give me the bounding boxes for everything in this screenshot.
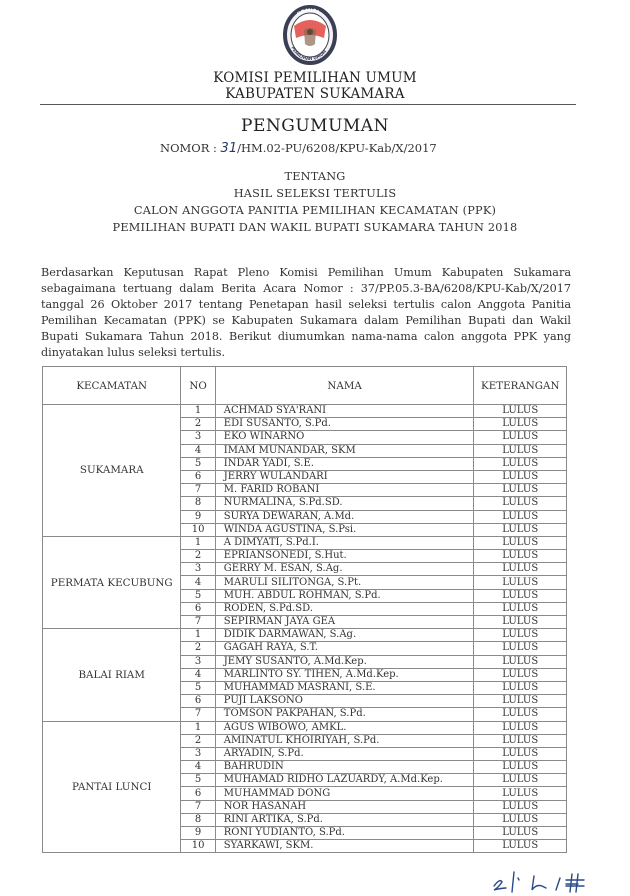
nama-cell: JERRY WULANDARI (215, 470, 474, 483)
keterangan-cell: LULUS (474, 813, 567, 826)
nama-cell: MARULI SILITONGA, S.Pt. (215, 576, 474, 589)
nama-cell: MUHAMMAD MASRANI, S.E. (215, 681, 474, 694)
results-table: KECAMATAN NO NAMA KETERANGAN SUKAMARA1AC… (42, 366, 567, 853)
document-number: NOMOR : 31/HM.02-PU/6208/KPU-Kab/X/2017 (160, 141, 437, 156)
keterangan-cell: LULUS (474, 655, 567, 668)
nama-cell: DIDIK DARMAWAN, S.Ag. (215, 629, 474, 642)
nama-cell: M. FARID ROBANI (215, 484, 474, 497)
no-cell: 4 (181, 576, 215, 589)
org-region: KABUPATEN SUKAMARA (0, 86, 630, 102)
nama-cell: A DIMYATI, S.Pd.I. (215, 536, 474, 549)
no-cell: 3 (181, 747, 215, 760)
keterangan-cell: LULUS (474, 787, 567, 800)
no-cell: 8 (181, 813, 215, 826)
nama-cell: MARLINTO SY. TIHEN, A.Md.Kep. (215, 668, 474, 681)
no-cell: 2 (181, 642, 215, 655)
subject-line-1: HASIL SELEKSI TERTULIS (0, 187, 630, 200)
nama-cell: MUH. ABDUL ROHMAN, S.Pd. (215, 589, 474, 602)
keterangan-cell: LULUS (474, 563, 567, 576)
table-row: PANTAI LUNCI1AGUS WIBOWO, AMKL.LULUS (43, 721, 567, 734)
nama-cell: ACHMAD SYA'RANI (215, 405, 474, 418)
keterangan-cell: LULUS (474, 576, 567, 589)
no-cell: 6 (181, 787, 215, 800)
handwritten-initials-icon (490, 866, 600, 894)
nama-cell: SYARKAWI, SKM. (215, 840, 474, 853)
header-kecamatan: KECAMATAN (43, 367, 181, 405)
no-cell: 3 (181, 563, 215, 576)
keterangan-cell: LULUS (474, 602, 567, 615)
no-cell: 10 (181, 523, 215, 536)
nama-cell: EDI SUSANTO, S.Pd. (215, 418, 474, 431)
keterangan-cell: LULUS (474, 721, 567, 734)
no-cell: 8 (181, 497, 215, 510)
nomor-handwritten: 31 (221, 141, 238, 156)
table-body: SUKAMARA1ACHMAD SYA'RANILULUS2EDI SUSANT… (43, 405, 567, 853)
keterangan-cell: LULUS (474, 523, 567, 536)
no-cell: 5 (181, 589, 215, 602)
keterangan-cell: LULUS (474, 457, 567, 470)
keterangan-cell: LULUS (474, 827, 567, 840)
nama-cell: RONI YUDIANTO, S.Pd. (215, 827, 474, 840)
keterangan-cell: LULUS (474, 629, 567, 642)
table-row: PERMATA KECUBUNG1A DIMYATI, S.Pd.I.LULUS (43, 536, 567, 549)
keterangan-cell: LULUS (474, 695, 567, 708)
nama-cell: AMINATUL KHOIRIYAH, S.Pd. (215, 734, 474, 747)
nama-cell: EKO WINARNO (215, 431, 474, 444)
nama-cell: RODEN, S.Pd.SD. (215, 602, 474, 615)
keterangan-cell: LULUS (474, 774, 567, 787)
keterangan-cell: LULUS (474, 470, 567, 483)
nama-cell: RINI ARTIKA, S.Pd. (215, 813, 474, 826)
no-cell: 2 (181, 550, 215, 563)
no-cell: 6 (181, 695, 215, 708)
nama-cell: MUHAMAD RIDHO LAZUARDY, A.Md.Kep. (215, 774, 474, 787)
header-keterangan: KETERANGAN (474, 367, 567, 405)
kecamatan-cell: SUKAMARA (43, 405, 181, 537)
keterangan-cell: LULUS (474, 405, 567, 418)
keterangan-cell: LULUS (474, 708, 567, 721)
no-cell: 4 (181, 444, 215, 457)
keterangan-cell: LULUS (474, 444, 567, 457)
nama-cell: NOR HASANAH (215, 800, 474, 813)
nama-cell: EPRIANSONEDI, S.Hut. (215, 550, 474, 563)
keterangan-cell: LULUS (474, 761, 567, 774)
keterangan-cell: LULUS (474, 589, 567, 602)
nama-cell: GERRY M. ESAN, S.Ag. (215, 563, 474, 576)
keterangan-cell: LULUS (474, 418, 567, 431)
subject-line-2: CALON ANGGOTA PANITIA PEMILIHAN KECAMATA… (0, 204, 630, 217)
table-header-row: KECAMATAN NO NAMA KETERANGAN (43, 367, 567, 405)
header-divider (40, 104, 576, 105)
no-cell: 1 (181, 721, 215, 734)
keterangan-cell: LULUS (474, 484, 567, 497)
no-cell: 7 (181, 484, 215, 497)
no-cell: 6 (181, 602, 215, 615)
body-paragraph: Berdasarkan Keputusan Rapat Pleno Komisi… (41, 265, 571, 361)
no-cell: 7 (181, 708, 215, 721)
kecamatan-cell: BALAI RIAM (43, 629, 181, 721)
keterangan-cell: LULUS (474, 550, 567, 563)
org-name: KOMISI PEMILIHAN UMUM (0, 70, 630, 86)
keterangan-cell: LULUS (474, 734, 567, 747)
keterangan-cell: LULUS (474, 431, 567, 444)
table-row: BALAI RIAM1DIDIK DARMAWAN, S.Ag.LULUS (43, 629, 567, 642)
no-cell: 7 (181, 616, 215, 629)
nama-cell: SURYA DEWARAN, A.Md. (215, 510, 474, 523)
kecamatan-cell: PANTAI LUNCI (43, 721, 181, 853)
no-cell: 3 (181, 431, 215, 444)
document-title: PENGUMUMAN (0, 116, 630, 136)
keterangan-cell: LULUS (474, 642, 567, 655)
nomor-label: NOMOR : (160, 141, 221, 155)
kecamatan-cell: PERMATA KECUBUNG (43, 536, 181, 628)
subject-line-3: PEMILIHAN BUPATI DAN WAKIL BUPATI SUKAMA… (0, 221, 630, 234)
no-cell: 4 (181, 761, 215, 774)
no-cell: 3 (181, 655, 215, 668)
keterangan-cell: LULUS (474, 747, 567, 760)
no-cell: 1 (181, 629, 215, 642)
nama-cell: IMAM MUNANDAR, SKM (215, 444, 474, 457)
no-cell: 1 (181, 536, 215, 549)
nama-cell: INDAR YADI, S.E. (215, 457, 474, 470)
keterangan-cell: LULUS (474, 800, 567, 813)
no-cell: 7 (181, 800, 215, 813)
nama-cell: PUJI LAKSONO (215, 695, 474, 708)
keterangan-cell: LULUS (474, 616, 567, 629)
keterangan-cell: LULUS (474, 840, 567, 853)
no-cell: 5 (181, 774, 215, 787)
nama-cell: JEMY SUSANTO, A.Md.Kep. (215, 655, 474, 668)
keterangan-cell: LULUS (474, 510, 567, 523)
keterangan-cell: LULUS (474, 536, 567, 549)
keterangan-cell: LULUS (474, 668, 567, 681)
header-nama: NAMA (215, 367, 474, 405)
nama-cell: WINDA AGUSTINA, S.Psi. (215, 523, 474, 536)
no-cell: 6 (181, 470, 215, 483)
no-cell: 2 (181, 418, 215, 431)
nama-cell: AGUS WIBOWO, AMKL. (215, 721, 474, 734)
nama-cell: ARYADIN, S.Pd. (215, 747, 474, 760)
no-cell: 4 (181, 668, 215, 681)
nomor-rest: /HM.02-PU/6208/KPU-Kab/X/2017 (237, 141, 437, 155)
no-cell: 5 (181, 681, 215, 694)
nama-cell: TOMSON PAKPAHAN, S.Pd. (215, 708, 474, 721)
nama-cell: MUHAMMAD DONG (215, 787, 474, 800)
nama-cell: GAGAH RAYA, S.T. (215, 642, 474, 655)
no-cell: 9 (181, 510, 215, 523)
header-no: NO (181, 367, 215, 405)
no-cell: 9 (181, 827, 215, 840)
nama-cell: SEPIRMAN JAYA GEA (215, 616, 474, 629)
keterangan-cell: LULUS (474, 497, 567, 510)
table-row: SUKAMARA1ACHMAD SYA'RANILULUS (43, 405, 567, 418)
nama-cell: NURMALINA, S.Pd.SD. (215, 497, 474, 510)
keterangan-cell: LULUS (474, 681, 567, 694)
nama-cell: BAHRUDIN (215, 761, 474, 774)
no-cell: 1 (181, 405, 215, 418)
no-cell: 2 (181, 734, 215, 747)
no-cell: 5 (181, 457, 215, 470)
no-cell: 10 (181, 840, 215, 853)
subject-tentang: TENTANG (0, 170, 630, 183)
kpu-logo-icon: KOMISI PEMILIHAN UMUM (280, 4, 340, 66)
